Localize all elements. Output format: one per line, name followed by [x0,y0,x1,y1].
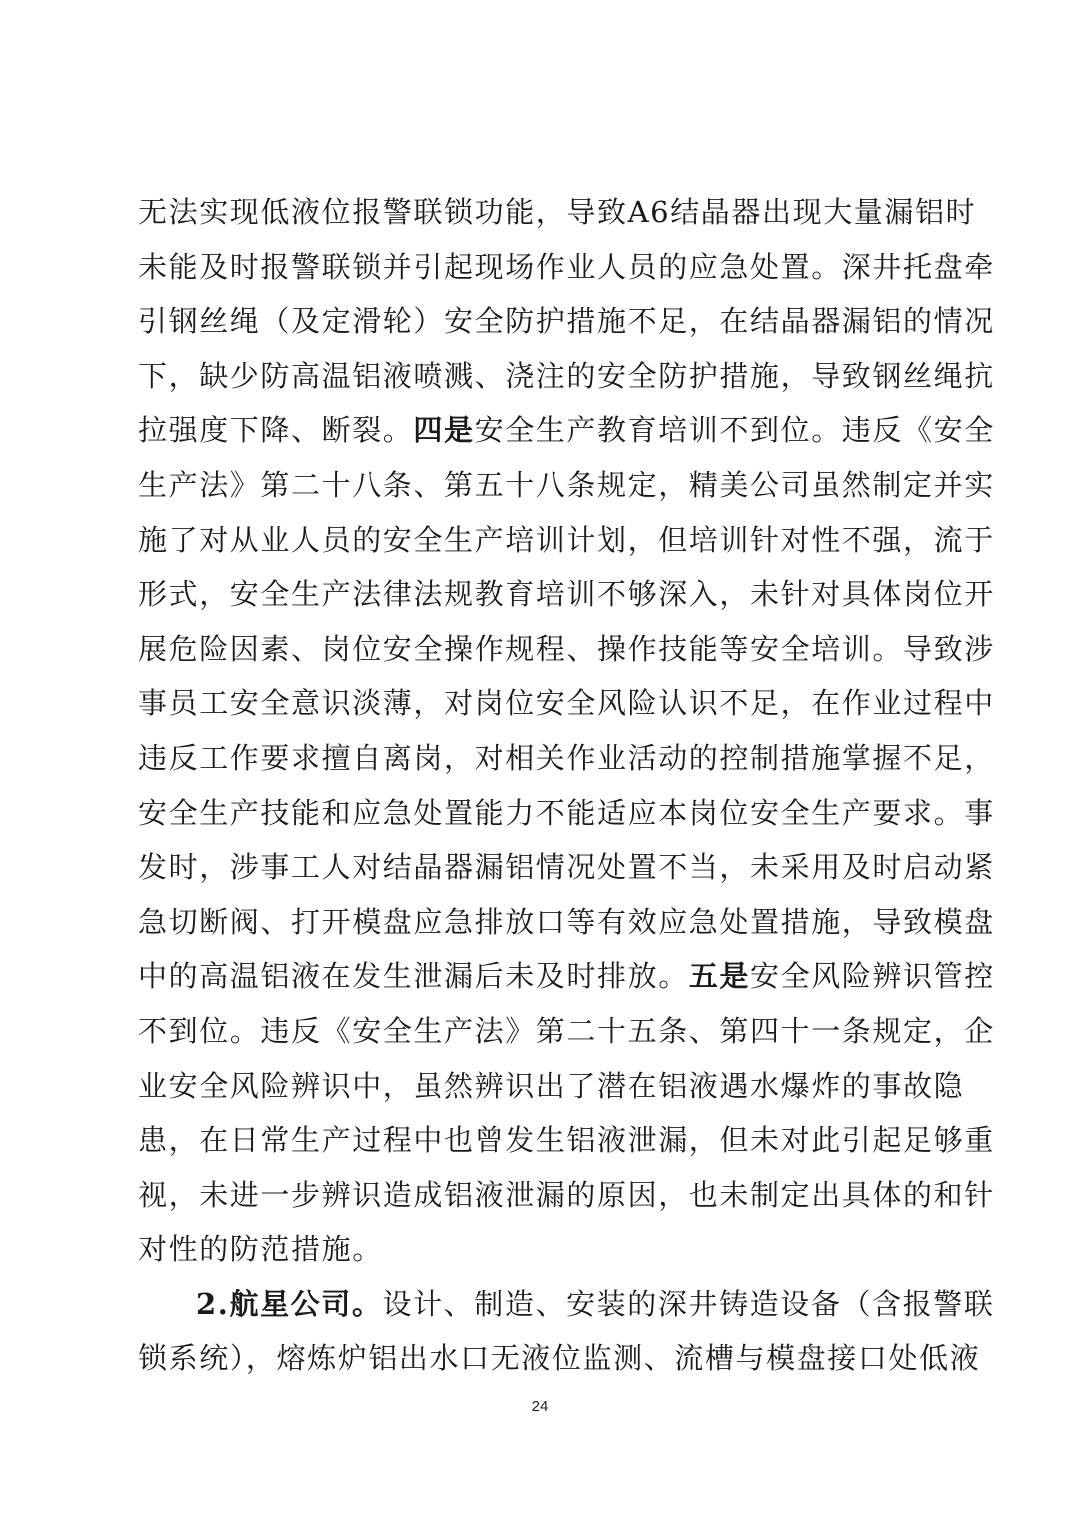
text-line: 对性的防范措施。 [138,1222,944,1277]
bold-heading-text: 五是 [689,959,750,993]
paragraph-text: 引钢丝绳（及定滑轮）安全防护措施不足，在结晶器漏铝的情况 [138,304,995,338]
paragraph-text: 不到位。违反《安全生产法》第二十五条、第四十一条规定，企 [138,1014,995,1048]
paragraph-text: 安全生产技能和应急处置能力不能适应本岗位安全生产要求。事 [138,796,995,830]
text-line: 视，未进一步辨识造成铝液泄漏的原因，也未制定出具体的和针 [138,1168,944,1223]
text-line: 无法实现低液位报警联锁功能，导致A6结晶器出现大量漏铝时 [138,185,944,240]
bold-heading-text: 2.航星公司。 [196,1287,382,1321]
paragraph-text: 发时，涉事工人对结晶器漏铝情况处置不当，未采用及时启动紧 [138,850,995,884]
paragraph-text: 视，未进一步辨识造成铝液泄漏的原因，也未制定出具体的和针 [138,1178,995,1212]
paragraph-text: 安全风险辨识管控 [750,959,995,993]
text-line: 生产法》第二十八条、第五十八条规定，精美公司虽然制定并实 [138,458,944,513]
paragraph-text: 无法实现低液位报警联锁功能，导致A6结晶器出现大量漏铝时 [138,195,976,229]
text-line: 安全生产技能和应急处置能力不能适应本岗位安全生产要求。事 [138,786,944,841]
paragraph-text: 生产法》第二十八条、第五十八条规定，精美公司虽然制定并实 [138,468,995,502]
text-line: 发时，涉事工人对结晶器漏铝情况处置不当，未采用及时启动紧 [138,840,944,895]
paragraph-text: 锁系统），熔炼炉铝出水口无液位监测、流槽与模盘接口处低液 [138,1341,980,1375]
text-line: 展危险因素、岗位安全操作规程、操作技能等安全培训。导致涉 [138,622,944,677]
paragraph-text: 急切断阀、打开模盘应急排放口等有效应急处置措施，导致模盘 [138,905,995,939]
text-line: 2.航星公司。设计、制造、安装的深井铸造设备（含报警联 [138,1277,944,1332]
paragraph-text: 施了对从业人员的安全生产培训计划，但培训针对性不强，流于 [138,523,995,557]
text-line: 形式，安全生产法律法规教育培训不够深入，未针对具体岗位开 [138,567,944,622]
text-line: 业安全风险辨识中，虽然辨识出了潜在铝液遇水爆炸的事故隐 [138,1059,944,1114]
text-line: 急切断阀、打开模盘应急排放口等有效应急处置措施，导致模盘 [138,895,944,950]
page-number: 24 [0,1398,1080,1415]
paragraph-text: 业安全风险辨识中，虽然辨识出了潜在铝液遇水爆炸的事故隐 [138,1069,964,1103]
text-line: 违反工作要求擅自离岗，对相关作业活动的控制措施掌握不足， [138,731,944,786]
bold-heading-text: 四是 [413,413,474,447]
paragraph-text: 形式，安全生产法律法规教育培训不够深入，未针对具体岗位开 [138,577,995,611]
paragraph-text: 未能及时报警联锁并引起现场作业人员的应急处置。深井托盘牵 [138,250,995,284]
body-text: 无法实现低液位报警联锁功能，导致A6结晶器出现大量漏铝时未能及时报警联锁并引起现… [138,185,944,1386]
text-line: 中的高温铝液在发生泄漏后未及时排放。五是安全风险辨识管控 [138,949,944,1004]
text-line: 事员工安全意识淡薄，对岗位安全风险认识不足，在作业过程中 [138,676,944,731]
document-page: 无法实现低液位报警联锁功能，导致A6结晶器出现大量漏铝时未能及时报警联锁并引起现… [0,0,1080,1527]
paragraph-text: 展危险因素、岗位安全操作规程、操作技能等安全培训。导致涉 [138,632,995,666]
paragraph-text: 事员工安全意识淡薄，对岗位安全风险认识不足，在作业过程中 [138,686,995,720]
paragraph-text: 中的高温铝液在发生泄漏后未及时排放。 [138,959,689,993]
text-line: 施了对从业人员的安全生产培训计划，但培训针对性不强，流于 [138,513,944,568]
text-line: 引钢丝绳（及定滑轮）安全防护措施不足，在结晶器漏铝的情况 [138,294,944,349]
paragraph-text: 安全生产教育培训不到位。违反《安全 [475,413,995,447]
paragraph-text: 拉强度下降、断裂。 [138,413,413,447]
text-line: 拉强度下降、断裂。四是安全生产教育培训不到位。违反《安全 [138,403,944,458]
text-line: 未能及时报警联锁并引起现场作业人员的应急处置。深井托盘牵 [138,240,944,295]
paragraph-text: 违反工作要求擅自离岗，对相关作业活动的控制措施掌握不足， [138,741,995,775]
text-line: 下，缺少防高温铝液喷溅、浇注的安全防护措施，导致钢丝绳抗 [138,349,944,404]
text-line: 患，在日常生产过程中也曾发生铝液泄漏，但未对此引起足够重 [138,1113,944,1168]
text-line: 锁系统），熔炼炉铝出水口无液位监测、流槽与模盘接口处低液 [138,1331,944,1386]
paragraph-text: 设计、制造、安装的深井铸造设备（含报警联 [382,1287,994,1321]
text-line: 不到位。违反《安全生产法》第二十五条、第四十一条规定，企 [138,1004,944,1059]
paragraph-text: 患，在日常生产过程中也曾发生铝液泄漏，但未对此引起足够重 [138,1123,995,1157]
paragraph-text: 对性的防范措施。 [138,1232,383,1266]
paragraph-text: 下，缺少防高温铝液喷溅、浇注的安全防护措施，导致钢丝绳抗 [138,359,995,393]
